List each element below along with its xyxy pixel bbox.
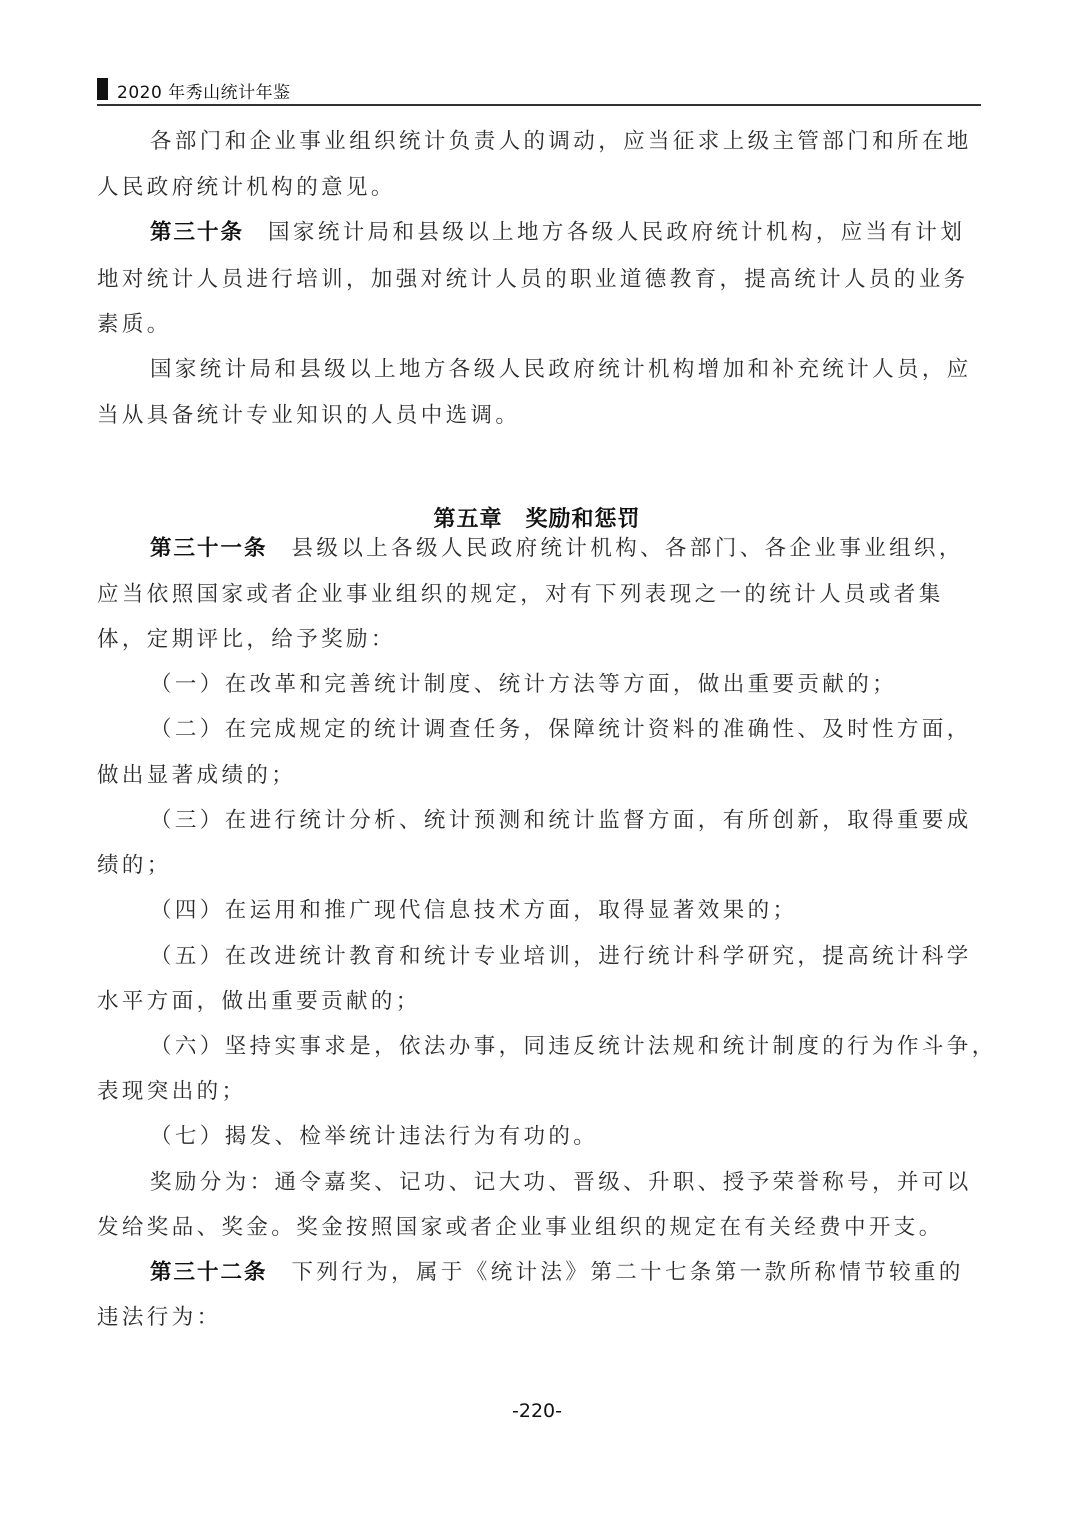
line-text: 人民政府统计机构的意见。 [97, 175, 396, 200]
article-paragraph-line: 第三十二条下列行为，属于《统计法》第二十七条第一款所称情节较重的 [150, 1258, 981, 1288]
line-text: 体，定期评比，给予奖励： [97, 627, 396, 652]
paragraph-line: （二）在完成规定的统计调查任务，保障统计资料的准确性、及时性方面， [150, 715, 981, 745]
line-text: 应当依照国家或者企业事业组织的规定，对有下列表现之一的统计人员或者集 [97, 582, 944, 607]
running-header: 2020 年秀山统计年鉴 [97, 76, 981, 106]
paragraph-line: 做出显著成绩的； [97, 761, 981, 791]
line-text: 各部门和企业事业组织统计负责人的调动，应当征求上级主管部门和所在地 [150, 129, 972, 154]
line-text: 县级以上各级人民政府统计机构、各部门、各企业事业组织， [292, 536, 964, 561]
paragraph-line: 表现突出的； [97, 1077, 981, 1107]
paragraph-line: （六）坚持实事求是，依法办事，同违反统计法规和统计制度的行为作斗争， [150, 1032, 981, 1062]
line-text: （五）在改进统计教育和统计专业培训，进行统计科学研究，提高统计科学 [150, 944, 972, 969]
line-text: （四）在运用和推广现代信息技术方面，取得显著效果的； [150, 898, 797, 923]
line-text: （六）坚持实事求是，依法办事，同违反统计法规和统计制度的行为作斗争， [150, 1034, 997, 1059]
paragraph-line: （一）在改革和完善统计制度、统计方法等方面，做出重要贡献的； [150, 670, 981, 700]
paragraph-line: 人民政府统计机构的意见。 [97, 173, 981, 203]
line-text: 国家统计局和县级以上地方各级人民政府统计机构，应当有计划 [268, 220, 965, 245]
line-text: （二）在完成规定的统计调查任务，保障统计资料的准确性、及时性方面， [150, 717, 972, 742]
page-number: -220- [0, 1400, 1074, 1422]
article-number: 第三十一条 [150, 536, 268, 561]
paragraph-line: （五）在改进统计教育和统计专业培训，进行统计科学研究，提高统计科学 [150, 942, 981, 972]
chapter-heading: 第五章 奖励和惩罚 [0, 502, 1074, 533]
line-text: 水平方面，做出重要贡献的； [97, 989, 421, 1014]
line-text: 当从具备统计专业知识的人员中选调。 [97, 403, 520, 428]
line-text: 奖励分为：通令嘉奖、记功、记大功、晋级、升职、授予荣誉称号，并可以 [150, 1170, 972, 1195]
paragraph-line: 体，定期评比，给予奖励： [97, 625, 981, 655]
line-text: 素质。 [97, 312, 172, 337]
paragraph-line: 应当依照国家或者企业事业组织的规定，对有下列表现之一的统计人员或者集 [97, 580, 981, 610]
article-paragraph-line: 第三十一条县级以上各级人民政府统计机构、各部门、各企业事业组织， [150, 534, 981, 564]
line-text: 做出显著成绩的； [97, 763, 296, 788]
line-text: （一）在改革和完善统计制度、统计方法等方面，做出重要贡献的； [150, 672, 897, 697]
line-text: 绩的； [97, 853, 172, 878]
line-text: 表现突出的； [97, 1079, 246, 1104]
paragraph-line: 素质。 [97, 310, 981, 340]
paragraph-line: 地对统计人员进行培训，加强对统计人员的职业道德教育，提高统计人员的业务 [97, 265, 981, 295]
paragraph-line: 绩的； [97, 851, 981, 881]
line-text: （七）揭发、检举统计违法行为有功的。 [150, 1124, 598, 1149]
article-paragraph-line: 第三十条国家统计局和县级以上地方各级人民政府统计机构，应当有计划 [150, 218, 981, 248]
line-text: 下列行为，属于《统计法》第二十七条第一款所称情节较重的 [292, 1260, 964, 1285]
header-marker-bar [97, 78, 108, 100]
line-text: 违法行为： [97, 1305, 222, 1330]
line-text: （三）在进行统计分析、统计预测和统计监督方面，有所创新，取得重要成 [150, 808, 972, 833]
paragraph-line: 当从具备统计专业知识的人员中选调。 [97, 401, 981, 431]
paragraph-line: （四）在运用和推广现代信息技术方面，取得显著效果的； [150, 896, 981, 926]
paragraph-line: 发给奖品、奖金。奖金按照国家或者企业事业组织的规定在有关经费中开支。 [97, 1213, 981, 1243]
paragraph-line: 违法行为： [97, 1303, 981, 1333]
line-text: 国家统计局和县级以上地方各级人民政府统计机构增加和补充统计人员，应 [150, 357, 972, 382]
paragraph-line: 水平方面，做出重要贡献的； [97, 987, 981, 1017]
article-number: 第三十条 [150, 220, 244, 245]
article-number: 第三十二条 [150, 1260, 268, 1285]
paragraph-line: （三）在进行统计分析、统计预测和统计监督方面，有所创新，取得重要成 [150, 806, 981, 836]
paragraph-line: 各部门和企业事业组织统计负责人的调动，应当征求上级主管部门和所在地 [150, 127, 981, 157]
paragraph-line: 奖励分为：通令嘉奖、记功、记大功、晋级、升职、授予荣誉称号，并可以 [150, 1168, 981, 1198]
paragraph-line: 国家统计局和县级以上地方各级人民政府统计机构增加和补充统计人员，应 [150, 355, 981, 385]
paragraph-line: （七）揭发、检举统计违法行为有功的。 [150, 1122, 981, 1152]
yearbook-title: 2020 年秀山统计年鉴 [117, 78, 291, 103]
line-text: 地对统计人员进行培训，加强对统计人员的职业道德教育，提高统计人员的业务 [97, 267, 969, 292]
line-text: 发给奖品、奖金。奖金按照国家或者企业事业组织的规定在有关经费中开支。 [97, 1215, 944, 1240]
